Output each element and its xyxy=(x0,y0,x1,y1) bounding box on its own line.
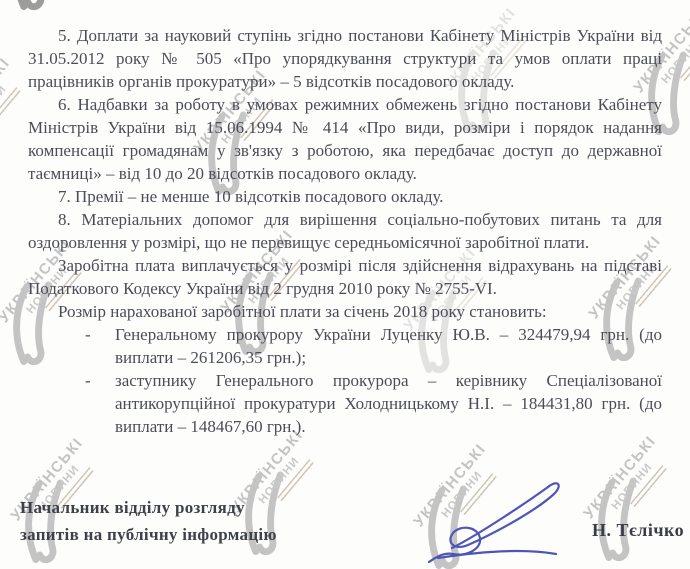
clause-8: 8. Матеріальних допомог для вирішення со… xyxy=(28,208,662,254)
paragraph-salary-intro: Розмір нарахованої заробітної плати за с… xyxy=(28,300,662,323)
list-item: - заступнику Генерального прокурора – ке… xyxy=(85,369,662,438)
signer-name: Н. Тєлічко xyxy=(592,520,684,541)
list-item: - Генеральному прокурору України Луценку… xyxy=(85,323,662,369)
list-item-text: заступнику Генерального прокурора – кері… xyxy=(115,369,662,438)
list-item-dash: - xyxy=(85,323,115,369)
clause-5: 5. Доплати за науковий ступінь згідно по… xyxy=(28,24,662,93)
list-item-dash: - xyxy=(85,369,115,438)
document-page: УКРАЇНСЬКІНОВИНИУКРАЇНСЬКІНОВИНИУКРАЇНСЬ… xyxy=(0,0,690,569)
list-item-text: Генеральному прокурору України Луценку Ю… xyxy=(115,323,662,369)
salary-list: - Генеральному прокурору України Луценку… xyxy=(28,323,662,438)
signature-block: Начальник відділу розгляду запитів на пу… xyxy=(20,468,680,568)
document-body: 5. Доплати за науковий ступінь згідно по… xyxy=(28,24,662,438)
paragraph-deductions: Заробітна плата виплачується у розмірі п… xyxy=(28,254,662,300)
clause-7: 7. Премії – не менше 10 відсотків посадо… xyxy=(28,185,662,208)
signer-title-line1: Начальник відділу розгляду xyxy=(20,494,277,521)
signature-ink xyxy=(422,472,574,566)
signer-title: Начальник відділу розгляду запитів на пу… xyxy=(20,494,277,548)
signer-title-line2: запитів на публічну інформацію xyxy=(20,521,277,548)
clause-6: 6. Надбавки за роботу в умовах режимних … xyxy=(28,93,662,185)
